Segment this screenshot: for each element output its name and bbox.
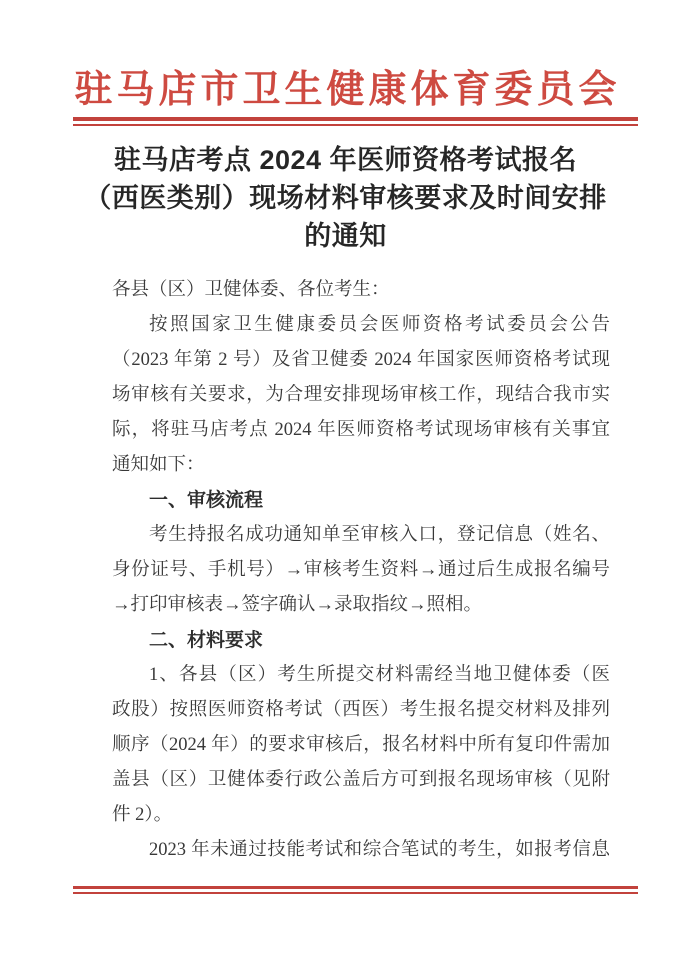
paragraph-line: 通知如下： [112,448,610,483]
paragraph-line: 1、各县（区）考生所提交材料需经当地卫健体委（医 [112,658,610,693]
header-double-rule-thin [73,124,638,126]
paragraph-line: 政股）按照医师资格考试（西医）考生报名提交材料及排列 [112,693,610,728]
paragraph-line: 盖县（区）卫健体委行政公盖后方可到报名现场审核（见附 [112,763,610,798]
paragraph-line: 顺序（2024 年）的要求审核后，报名材料中所有复印件需加 [112,728,610,763]
header-double-rule-thick [73,117,638,121]
title-line-1: 驻马店考点 2024 年医师资格考试报名 [0,141,691,179]
paragraph-line: →打印审核表→签字确认→录取指纹→照相。 [112,588,610,623]
letterhead: 驻马店市卫生健康体育委员会 [0,64,691,116]
document-page: 驻马店市卫生健康体育委员会 驻马店考点 2024 年医师资格考试报名 （西医类别… [0,0,691,977]
paragraph-line: 身份证号、手机号）→审核考生资料→通过后生成报名编号 [112,553,610,588]
paragraph-line: 件 2）。 [112,798,610,833]
paragraph-line: （2023 年第 2 号）及省卫健委 2024 年国家医师资格考试现 [112,343,610,378]
document-body: 各县（区）卫健体委、各位考生： 按照国家卫生健康委员会医师资格考试委员会公告 （… [112,273,610,868]
paragraph-line: 际，将驻马店考点 2024 年医师资格考试现场审核有关事宜 [112,413,610,448]
document-title: 驻马店考点 2024 年医师资格考试报名 （西医类别）现场材料审核要求及时间安排… [0,141,691,255]
salutation: 各县（区）卫健体委、各位考生： [112,273,610,308]
paragraph-line: 2023 年未通过技能考试和综合笔试的考生，如报考信息 [112,833,610,868]
paragraph-line: 考生持报名成功通知单至审核入口，登记信息（姓名、 [112,518,610,553]
footer-double-rule-top [73,886,638,889]
section-1-heading: 一、审核流程 [112,483,610,518]
footer-double-rule-bottom [73,892,638,894]
paragraph-line: 场审核有关要求，为合理安排现场审核工作，现结合我市实 [112,378,610,413]
title-line-2: （西医类别）现场材料审核要求及时间安排 [0,179,691,217]
section-2-heading: 二、材料要求 [112,623,610,658]
paragraph-line: 按照国家卫生健康委员会医师资格考试委员会公告 [112,308,610,343]
title-line-3: 的通知 [0,217,691,255]
